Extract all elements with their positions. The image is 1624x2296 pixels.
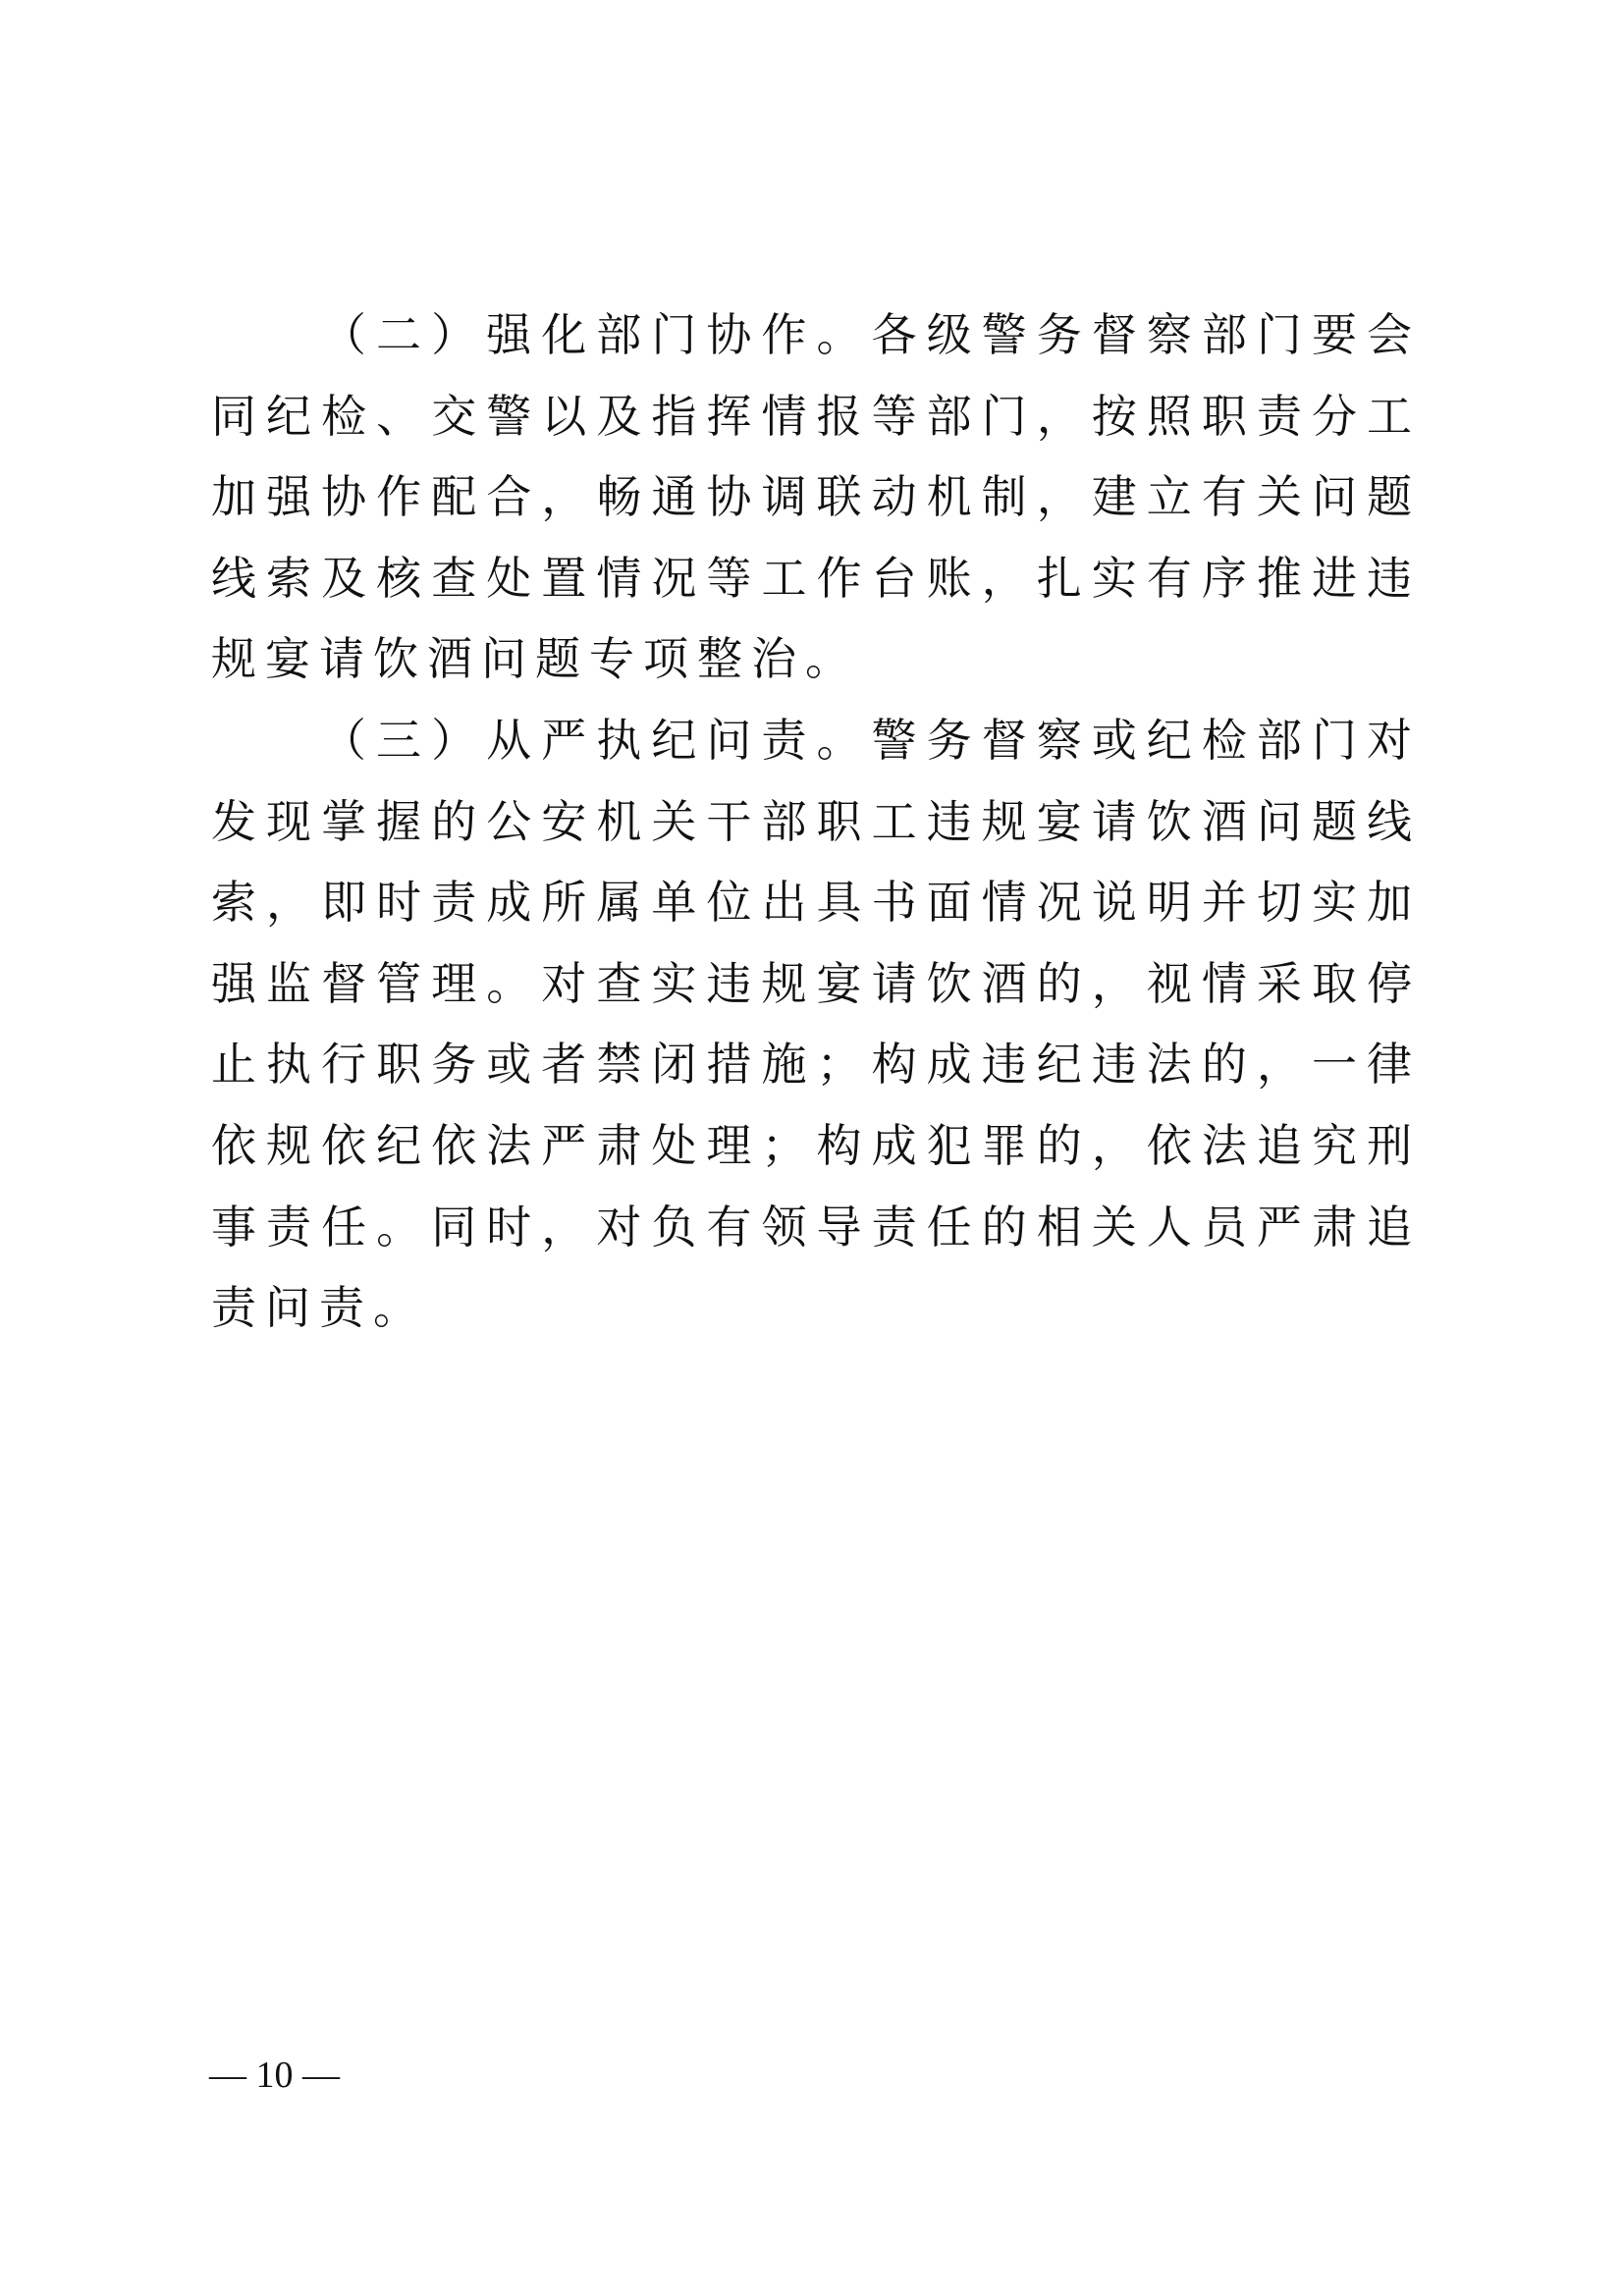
paragraph-heading: （三）从严执纪问责。	[321, 714, 872, 767]
page-number: — 10 —	[209, 2052, 340, 2099]
paragraph-strict-accountability: （三）从严执纪问责。警务督察或纪检部门对发现掌握的公安机关干部职工违规宴请饮酒问…	[211, 700, 1421, 1349]
document-page: （二）强化部门协作。各级警务督察部门要会同纪检、交警以及指挥情报等部门，按照职责…	[0, 0, 1624, 2296]
paragraph-body: 各级警务督察部门要会同纪检、交警以及指挥情报等部门，按照职责分工加强协作配合，畅…	[211, 308, 1421, 685]
paragraph-heading: （二）强化部门协作。	[321, 308, 872, 361]
paragraph-department-cooperation: （二）强化部门协作。各级警务督察部门要会同纪检、交警以及指挥情报等部门，按照职责…	[211, 294, 1421, 700]
paragraph-body: 警务督察或纪检部门对发现掌握的公安机关干部职工违规宴请饮酒问题线索，即时责成所属…	[211, 714, 1421, 1334]
document-body: （二）强化部门协作。各级警务督察部门要会同纪检、交警以及指挥情报等部门，按照职责…	[211, 294, 1421, 1349]
